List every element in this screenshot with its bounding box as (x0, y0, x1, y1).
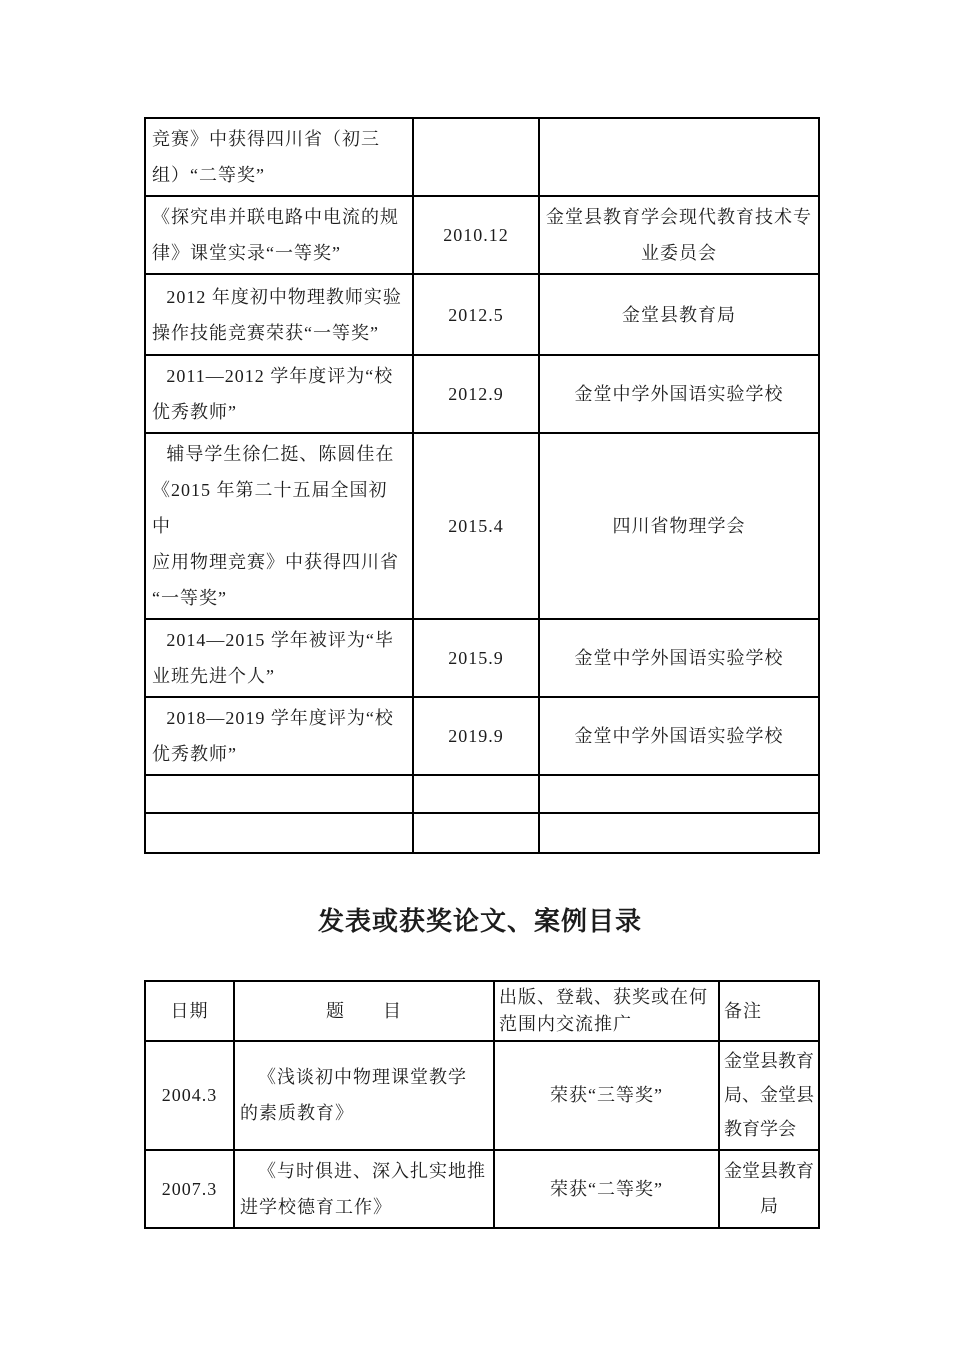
paper-remarks-cell: 金堂县教育 局 (719, 1150, 819, 1228)
award-row-empty (145, 813, 819, 853)
header-date: 日期 (145, 981, 234, 1041)
award-row: 辅导学生徐仁挺、陈圆佳在 《2015 年第二十五届全国初中 应用物理竞赛》中获得… (145, 433, 819, 619)
award-date-cell: 2012.5 (413, 274, 539, 355)
award-date-cell: 2019.9 (413, 697, 539, 775)
paper-title-cell: 《与时俱进、深入扎实地推 进学校德育工作》 (234, 1150, 494, 1228)
award-org-cell: 金堂中学外国语实验学校 (539, 619, 819, 697)
paper-remarks-cell: 金堂县教育 局、金堂县 教育学会 (719, 1041, 819, 1150)
award-date-cell: 2012.9 (413, 355, 539, 433)
award-org-cell: 金堂中学外国语实验学校 (539, 355, 819, 433)
award-org-cell: 四川省物理学会 (539, 433, 819, 619)
award-row: 2012 年度初中物理教师实验 操作技能竞赛荣获“一等奖” 2012.5 金堂县… (145, 274, 819, 355)
header-remarks: 备注 (719, 981, 819, 1041)
paper-row: 2007.3 《与时俱进、深入扎实地推 进学校德育工作》 荣获“二等奖” 金堂县… (145, 1150, 819, 1228)
achievement-cell: 2018—2019 学年度评为“校 优秀教师” (145, 697, 413, 775)
papers-table: 日期 题 目 出版、登载、获奖或在何 范围内交流推广 备注 2004.3 《浅谈… (144, 980, 820, 1229)
awards-table: 竞赛》中获得四川省（初三 组）“二等奖” 《探究串并联电路中电流的规 律》课堂实… (144, 117, 820, 854)
award-org-cell (539, 118, 819, 196)
award-org-cell (539, 813, 819, 853)
award-org-cell (539, 775, 819, 813)
award-org-cell: 金堂县教育学会现代教育技术专 业委员会 (539, 196, 819, 274)
achievement-cell: 竞赛》中获得四川省（初三 组）“二等奖” (145, 118, 413, 196)
award-row: 竞赛》中获得四川省（初三 组）“二等奖” (145, 118, 819, 196)
paper-publication-cell: 荣获“二等奖” (494, 1150, 719, 1228)
header-title: 题 目 (234, 981, 494, 1041)
document-page: 竞赛》中获得四川省（初三 组）“二等奖” 《探究串并联电路中电流的规 律》课堂实… (0, 0, 960, 1357)
paper-title-cell: 《浅谈初中物理课堂教学 的素质教育》 (234, 1041, 494, 1150)
award-row: 2011—2012 学年度评为“校 优秀教师” 2012.9 金堂中学外国语实验… (145, 355, 819, 433)
paper-publication-cell: 荣获“三等奖” (494, 1041, 719, 1150)
achievement-cell: 2011—2012 学年度评为“校 优秀教师” (145, 355, 413, 433)
award-date-cell: 2010.12 (413, 196, 539, 274)
award-date-cell (413, 775, 539, 813)
award-row: 《探究串并联电路中电流的规 律》课堂实录“一等奖” 2010.12 金堂县教育学… (145, 196, 819, 274)
achievement-cell: 辅导学生徐仁挺、陈圆佳在 《2015 年第二十五届全国初中 应用物理竞赛》中获得… (145, 433, 413, 619)
paper-date-cell: 2007.3 (145, 1150, 234, 1228)
achievement-cell (145, 813, 413, 853)
award-date-cell (413, 813, 539, 853)
section-title: 发表或获奖论文、案例目录 (0, 901, 960, 938)
header-publication: 出版、登载、获奖或在何 范围内交流推广 (494, 981, 719, 1041)
award-date-cell: 2015.9 (413, 619, 539, 697)
award-row: 2018—2019 学年度评为“校 优秀教师” 2019.9 金堂中学外国语实验… (145, 697, 819, 775)
award-date-cell (413, 118, 539, 196)
achievement-cell (145, 775, 413, 813)
award-row-empty (145, 775, 819, 813)
paper-row: 2004.3 《浅谈初中物理课堂教学 的素质教育》 荣获“三等奖” 金堂县教育 … (145, 1041, 819, 1150)
achievement-cell: 2014—2015 学年被评为“毕 业班先进个人” (145, 619, 413, 697)
award-org-cell: 金堂中学外国语实验学校 (539, 697, 819, 775)
paper-date-cell: 2004.3 (145, 1041, 234, 1150)
award-date-cell: 2015.4 (413, 433, 539, 619)
papers-header-row: 日期 题 目 出版、登载、获奖或在何 范围内交流推广 备注 (145, 981, 819, 1041)
achievement-cell: 2012 年度初中物理教师实验 操作技能竞赛荣获“一等奖” (145, 274, 413, 355)
award-org-cell: 金堂县教育局 (539, 274, 819, 355)
award-row: 2014—2015 学年被评为“毕 业班先进个人” 2015.9 金堂中学外国语… (145, 619, 819, 697)
achievement-cell: 《探究串并联电路中电流的规 律》课堂实录“一等奖” (145, 196, 413, 274)
